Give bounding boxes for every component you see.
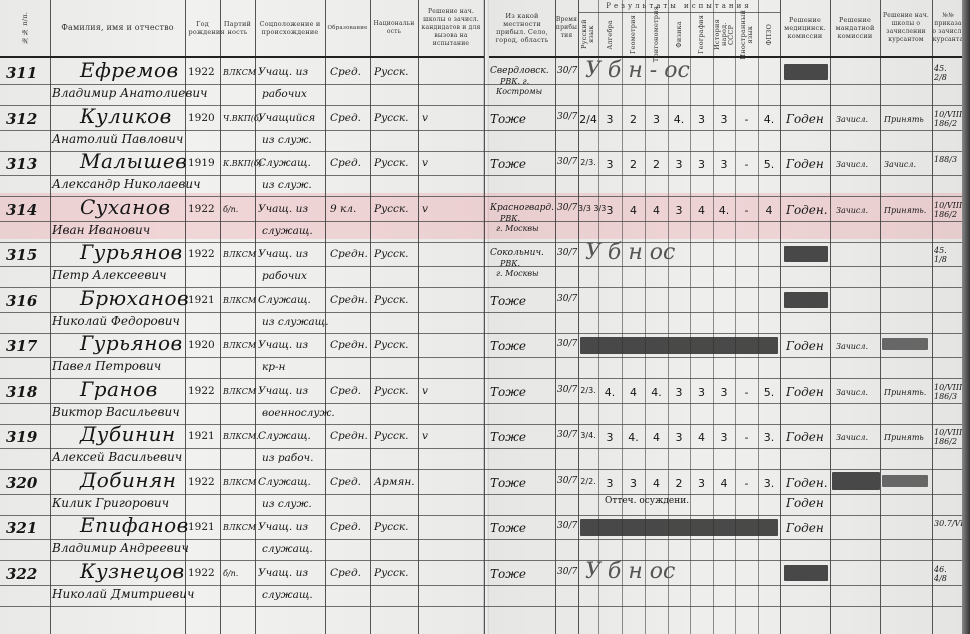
birth-year: 1921 (188, 430, 215, 442)
origin-place: Тоже (490, 476, 526, 490)
nationality: Русск. (374, 521, 409, 533)
order-number: 188/3 (934, 155, 962, 164)
grade-trig: 4 (645, 477, 668, 490)
row-rule (0, 130, 962, 131)
social-origin: из служ. (262, 179, 312, 191)
row-number: 314 (6, 201, 37, 219)
grade-geography: 3 (690, 113, 713, 126)
grade-fpzo: 4. (758, 113, 780, 126)
grade-fpzo: 4 (758, 204, 780, 217)
mandate-decision: Зачисл. (836, 115, 868, 124)
row-rule (0, 84, 962, 85)
grade-algebra: 3 (598, 204, 622, 217)
arrival-date: 30/7 (557, 157, 577, 167)
party: Ч.ВКП(б) (223, 114, 262, 123)
mandate-decision: Зачисл. (836, 342, 868, 351)
header-name: Фамилия, имя и отчество (50, 0, 185, 58)
party: ВЛКСМ (223, 523, 256, 532)
header-results-label: География (698, 15, 705, 54)
given-names: Николай Дмитриевич (52, 587, 194, 601)
grade-geography: 4 (690, 204, 713, 217)
medical-decision: Годен (786, 157, 824, 171)
nationality: Армян. (374, 476, 415, 488)
grade-physics: 2 (668, 477, 690, 490)
origin-city: г. Москвы (496, 269, 539, 278)
grade-geography: 3 (690, 386, 713, 399)
birth-year: 1922 (188, 203, 215, 215)
grade-fpzo: 3. (758, 477, 780, 490)
header-party-label: Партийность (223, 20, 253, 36)
header-results-geography: География (690, 13, 713, 58)
social-origin: военнослуж. (262, 407, 335, 419)
party: К.ВКП(б) (223, 159, 262, 168)
grade-geography: 3 (690, 158, 713, 171)
origin-city: г. Москвы (496, 224, 539, 233)
social-status: Учащ. из (258, 248, 308, 260)
grade-algebra: 3 (598, 477, 622, 490)
row-number: 319 (6, 428, 37, 446)
header-medical-label: Решение медицинск. комиссии (782, 16, 828, 40)
surname: Кузнецов (80, 559, 185, 583)
grade-algebra: 3 (598, 113, 622, 126)
order-number: 46. 4/8 (934, 565, 962, 583)
social-status: Служащ. (258, 294, 311, 306)
order-number: 10/VIII 186/3 (934, 383, 962, 401)
header-enroll: Решение нач. школы о зачислении курсанто… (880, 0, 932, 58)
order-number: 10/VIII 186/2 (934, 428, 962, 446)
row-rule (0, 175, 962, 176)
given-names: Алексей Васильевич (52, 450, 182, 464)
surname: Епифанов (80, 513, 189, 537)
enroll-decision: Принять (884, 433, 924, 442)
medical-decision: Годен (786, 112, 824, 126)
arrival-date: 30/7 (557, 521, 577, 531)
social-status: Служащ. (258, 476, 311, 488)
surname: Гранов (80, 377, 158, 401)
row-rule (0, 312, 962, 313)
education: Средн. (330, 294, 368, 306)
arrival-date: 30/7 (557, 203, 577, 213)
grade-russian: 2/4 (578, 113, 598, 126)
given-names: Иван Иванович (52, 223, 150, 237)
header-origin-label: Из какой местности прибыл. Село, город, … (491, 12, 553, 44)
redacted-enroll (882, 475, 928, 487)
redacted-medical (784, 565, 828, 581)
medical-decision: Годен. (786, 476, 828, 490)
surname: Гурьянов (80, 331, 183, 355)
row-rule (0, 494, 962, 495)
given-names: Петр Алексеевич (52, 268, 167, 282)
mandate-decision: Зачисл. (836, 160, 868, 169)
grade-trig: 4 (645, 431, 668, 444)
origin-place: Тоже (490, 294, 526, 308)
header-origin: Из какой местности прибыл. Село, город, … (489, 0, 555, 58)
enroll-decision: Принять. (884, 206, 926, 215)
party: ВЛКСМ (223, 387, 256, 396)
arrival-date: 30/7 (557, 112, 577, 122)
education: 9 кл. (330, 203, 356, 215)
enroll-decision: Зачисл. (884, 160, 916, 169)
row-rule (0, 606, 962, 607)
grade-trig: 3 (645, 113, 668, 126)
social-origin: из служ. (262, 498, 312, 510)
grade-fpzo: 5. (758, 158, 780, 171)
education: Сред. (330, 157, 361, 169)
header-order-label: №№ приказа о зачисл. курсанта (932, 12, 964, 44)
party: б/п. (223, 569, 238, 578)
results-scribble: У б н ос (585, 559, 675, 584)
grade-physics: 4. (668, 113, 690, 126)
education: Средн. (330, 248, 368, 260)
redacted-medical (784, 246, 828, 262)
header-mandate: Решение мандатной комиссии (830, 0, 880, 58)
party: ВЛКСМ (223, 478, 256, 487)
nationality: Русск. (374, 248, 409, 260)
header-enroll-label: Решение нач. школы о зачислении курсанто… (881, 12, 931, 44)
party: б/п. (223, 205, 238, 214)
grade-russian: 2/3. (578, 158, 598, 167)
header-arrival: Время прибытия (555, 0, 578, 58)
nationality: Русск. (374, 385, 409, 397)
row-number: 313 (6, 155, 37, 173)
social-origin: кр-н (262, 361, 285, 373)
birth-year: 1922 (188, 567, 215, 579)
given-names: Владимир Анатолиевич (52, 86, 208, 100)
birth-year: 1922 (188, 248, 215, 260)
surname: Добинян (80, 468, 176, 492)
row-number: 312 (6, 110, 37, 128)
nationality: Русск. (374, 157, 409, 169)
social-origin: служащ. (262, 589, 313, 601)
origin-district: РВК. (500, 259, 520, 268)
row-number: 317 (6, 337, 37, 355)
nationality: Русск. (374, 430, 409, 442)
header-results-history: История народ. СССР (713, 13, 735, 58)
grade-algebra: 3 (598, 431, 622, 444)
medical-decision: Годен (786, 521, 824, 535)
given-names: Килик Григорович (52, 496, 169, 510)
header-party: Партийность (220, 0, 255, 58)
grade-foreign: - (735, 477, 758, 490)
row-rule (0, 448, 962, 449)
header-school-decision: Решение нач. школы о зачисл. кандидатов … (418, 0, 484, 58)
grade-algebra: 3 (598, 158, 622, 171)
education: Средн. (330, 339, 368, 351)
header-year: Год рождения (185, 0, 220, 58)
nationality: Русск. (374, 567, 409, 579)
party: ВЛКСМ (223, 296, 256, 305)
origin-district: РВК. г. (500, 77, 529, 86)
grade-foreign: - (735, 113, 758, 126)
grade-geography: 4 (690, 431, 713, 444)
nationality: Русск. (374, 294, 409, 306)
school-decision-check: v (422, 203, 428, 215)
header-nationality-label: Национальность (372, 20, 416, 36)
header-education: Образование (325, 0, 370, 58)
arrival-date: 30/7 (557, 339, 577, 349)
header-results-label: ФПЗО (766, 24, 773, 45)
row-rule (0, 357, 962, 358)
grade-geometry: 2 (622, 113, 645, 126)
arrival-date: 30/7 (557, 567, 577, 577)
origin-place: Тоже (490, 430, 526, 444)
given-names: Анатолий Павлович (52, 132, 183, 146)
header-nationality: Национальность (370, 0, 418, 58)
redacted-enroll (882, 338, 928, 350)
given-names: Павел Петрович (52, 359, 161, 373)
header-results-label: Физика (676, 21, 683, 48)
grade-russian: 3/4. (578, 431, 598, 440)
birth-year: 1921 (188, 294, 215, 306)
party: ВЛКСМ (223, 68, 256, 77)
surname: Суханов (80, 195, 170, 219)
origin-place: Тоже (490, 157, 526, 171)
origin-place: Тоже (490, 385, 526, 399)
grade-physics: 3 (668, 431, 690, 444)
row-rule (0, 221, 962, 222)
grade-foreign: - (735, 158, 758, 171)
header-num: №№ п/п. (0, 0, 50, 58)
grade-history: 3 (713, 158, 735, 171)
header-results-label: История народ. СССР (714, 13, 735, 56)
grade-fpzo: 3. (758, 431, 780, 444)
origin-city: Костромы (496, 87, 542, 96)
grade-trig: 4. (645, 386, 668, 399)
header-mandate-label: Решение мандатной комиссии (832, 16, 878, 40)
grade-geography: 3 (690, 477, 713, 490)
nationality: Русск. (374, 112, 409, 124)
school-decision-check: v (422, 385, 428, 397)
school-decision-check: v (422, 157, 428, 169)
header-year-label: Год рождения (189, 20, 217, 36)
social-status: Учащ. из (258, 339, 308, 351)
surname: Дубинин (80, 422, 176, 446)
header-results-foreign: Иностранный язык (735, 13, 758, 58)
birth-year: 1922 (188, 476, 215, 488)
birth-year: 1922 (188, 66, 215, 78)
grade-history: 3 (713, 431, 735, 444)
order-number: 30.7/VI (934, 519, 962, 528)
grade-algebra: 4. (598, 386, 622, 399)
social-status: Служащ. (258, 430, 311, 442)
header-results-label: Иностранный язык (740, 10, 754, 60)
social-origin: из рабоч. (262, 452, 313, 464)
surname: Ефремов (80, 58, 179, 82)
header-results-title: Результаты испытания (578, 2, 780, 10)
row-rule (0, 266, 962, 267)
row-number: 320 (6, 474, 37, 492)
grade-foreign: - (735, 386, 758, 399)
surname: Брюханов (80, 286, 189, 310)
social-status: Учащийся (258, 112, 315, 124)
education: Сред. (330, 567, 361, 579)
arrival-date: 30/7 (557, 430, 577, 440)
results-scribble: У б н ос (585, 240, 675, 265)
medical-decision: Годен (786, 339, 824, 353)
order-number: 45. 2/8 (934, 64, 962, 82)
education: Сред. (330, 66, 361, 78)
header-results-physics: Физика (668, 13, 690, 58)
birth-year: 1922 (188, 385, 215, 397)
nationality: Русск. (374, 66, 409, 78)
grade-physics: 3 (668, 204, 690, 217)
row-rule (0, 539, 962, 540)
row-number: 311 (6, 64, 37, 82)
arrival-date: 30/7 (557, 294, 577, 304)
header-results-algebra: Алгебра (598, 13, 622, 58)
birth-year: 1919 (188, 157, 215, 169)
social-status: Учащ. из (258, 521, 308, 533)
social-origin: из служ. (262, 134, 312, 146)
grade-russian: 3/3 3/3 (578, 204, 598, 213)
school-decision-check: v (422, 112, 428, 124)
header-results-russian: Русский язык (578, 13, 598, 58)
origin-place: Тоже (490, 112, 526, 126)
grade-trig: 2 (645, 158, 668, 171)
redacted-medical (784, 64, 828, 80)
medical-decision: Годен. (786, 203, 828, 217)
redacted-grades (580, 337, 778, 354)
arrival-date: 30/7 (557, 385, 577, 395)
mandate-decision: Зачисл. (836, 388, 868, 397)
header-results-geometry: Геометрия (622, 13, 645, 58)
medical-decision-2: Годен (786, 496, 824, 510)
header-medical: Решение медицинск. комиссии (780, 0, 830, 58)
header-results-label: Геометрия (630, 15, 637, 54)
header-results-label: Тригонометрия (653, 6, 660, 62)
grade-physics: 3 (668, 158, 690, 171)
header-results-label: Русский язык (581, 13, 595, 56)
social-origin: рабочих (262, 270, 307, 282)
medical-decision: Годен (786, 430, 824, 444)
given-names: Александр Николаевич (52, 177, 201, 191)
header-results-trig: Тригонометрия (645, 13, 668, 58)
order-number: 10/VIII 186/2 (934, 110, 962, 128)
scan-edge-shadow (962, 0, 970, 634)
education: Сред. (330, 476, 361, 488)
education: Средн. (330, 430, 368, 442)
social-status: Учащ. из (258, 203, 308, 215)
header-order: №№ приказа о зачисл. курсанта (932, 0, 964, 58)
grade-fpzo: 5. (758, 386, 780, 399)
header-education-label: Образование (327, 24, 367, 32)
social-status: Служащ. (258, 157, 311, 169)
medical-decision: Годен (786, 385, 824, 399)
header-social: Соцположение и происхождение (255, 0, 325, 58)
order-number: 45. 1/8 (934, 246, 962, 264)
arrival-date: 30/7 (557, 476, 577, 486)
grade-trig: 4 (645, 204, 668, 217)
grade-note: Оттеч. осуждени. (605, 496, 689, 506)
mandate-decision: Зачисл. (836, 433, 868, 442)
redacted-mandate (832, 472, 880, 490)
school-decision-check: v (422, 430, 428, 442)
birth-year: 1921 (188, 521, 215, 533)
header-results-label: Алгебра (607, 20, 614, 50)
arrival-date: 30/7 (557, 66, 577, 76)
row-number: 318 (6, 383, 37, 401)
grade-geometry: 4 (622, 204, 645, 217)
grade-history: 4. (713, 204, 735, 217)
grade-physics: 3 (668, 386, 690, 399)
party: ВЛКСМ (223, 250, 256, 259)
social-status: Учащ. из (258, 66, 308, 78)
social-status: Учащ. из (258, 567, 308, 579)
education: Сред. (330, 385, 361, 397)
given-names: Виктор Васильевич (52, 405, 180, 419)
grade-russian: 2/2. (578, 477, 598, 486)
grade-foreign: - (735, 204, 758, 217)
birth-year: 1920 (188, 112, 215, 124)
given-names: Владимир Андреевич (52, 541, 189, 555)
origin-place: Тоже (490, 339, 526, 353)
grade-geometry: 3 (622, 477, 645, 490)
mandate-decision: Зачисл. (836, 206, 868, 215)
row-number: 321 (6, 519, 37, 537)
grade-history: 3 (713, 113, 735, 126)
origin-place: Сокольнич. (490, 248, 544, 258)
origin-place: Тоже (490, 567, 526, 581)
row-number: 315 (6, 246, 37, 264)
origin-district: РВК. (500, 214, 520, 223)
row-rule (0, 403, 962, 404)
header-arrival-label: Время прибытия (556, 16, 578, 40)
header-social-label: Соцположение и происхождение (259, 20, 321, 36)
origin-place: Красногвард. (490, 203, 554, 213)
enroll-decision: Принять. (884, 388, 926, 397)
given-names: Николай Федорович (52, 314, 180, 328)
arrival-date: 30/7 (557, 248, 577, 258)
surname: Гурьянов (80, 240, 183, 264)
grade-history: 3 (713, 386, 735, 399)
grade-foreign: - (735, 431, 758, 444)
header-school-decision-label: Решение нач. школы о зачисл. кандидатов … (420, 8, 482, 48)
row-number: 316 (6, 292, 37, 310)
grade-geometry: 4 (622, 386, 645, 399)
education: Сред. (330, 112, 361, 124)
social-origin: из служащ. (262, 316, 329, 328)
header-name-label: Фамилия, имя и отчество (61, 24, 174, 32)
party: ВЛКСМ. (223, 432, 259, 441)
redacted-medical (784, 292, 828, 308)
surname: Куликов (80, 104, 172, 128)
grade-geometry: 4. (622, 431, 645, 444)
education: Сред. (330, 521, 361, 533)
grade-history: 4 (713, 477, 735, 490)
header-num-label: №№ п/п. (22, 12, 29, 44)
grade-russian: 2/3. (578, 386, 598, 395)
enroll-decision: Принять (884, 115, 924, 124)
order-number: 10/VIII 186/2 (934, 201, 962, 219)
results-scribble: У б н - ос (585, 58, 690, 83)
social-origin: служащ. (262, 225, 313, 237)
party: ВЛКСМ (223, 341, 256, 350)
header-results-fpzo: ФПЗО (758, 13, 780, 58)
social-status: Учащ. из (258, 385, 308, 397)
nationality: Русск. (374, 203, 409, 215)
grade-geometry: 2 (622, 158, 645, 171)
social-origin: рабочих (262, 88, 307, 100)
nationality: Русск. (374, 339, 409, 351)
origin-place: Тоже (490, 521, 526, 535)
origin-place: Свердловск. (490, 66, 549, 76)
row-rule (0, 585, 962, 586)
row-number: 322 (6, 565, 37, 583)
surname: Малышев (80, 149, 187, 173)
redacted-grades (580, 519, 778, 536)
social-origin: служащ. (262, 543, 313, 555)
birth-year: 1920 (188, 339, 215, 351)
